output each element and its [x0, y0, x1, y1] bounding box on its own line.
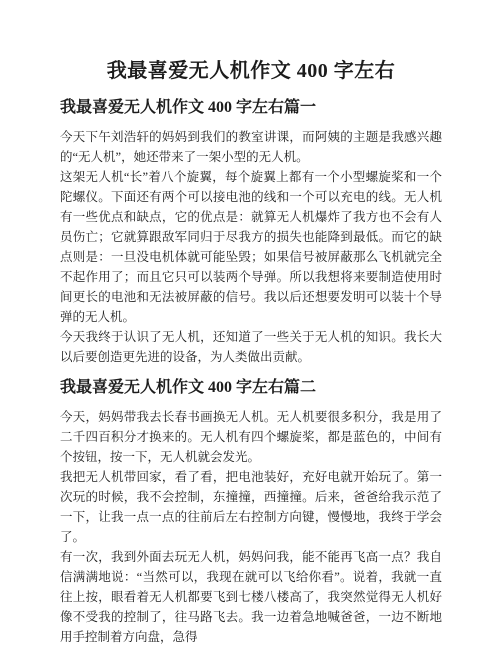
- essay-section-one: 我最喜爱无人机作文 400 字左右篇一 今天下午刘浩轩的妈妈到我们的教室讲课，而…: [60, 97, 442, 367]
- document-title: 我最喜爱无人机作文 400 字左右: [60, 58, 442, 84]
- document-page: 我最喜爱无人机作文 400 字左右 我最喜爱无人机作文 400 字左右篇一 今天…: [0, 0, 500, 647]
- essay-paragraph: 今天我终于认识了无人机，还知道了一些关于无人机的知识。我长大以后要创造更先进的设…: [60, 327, 442, 367]
- section-two-heading: 我最喜爱无人机作文 400 字左右篇二: [60, 377, 442, 398]
- essay-section-two: 我最喜爱无人机作文 400 字左右篇二 今天，妈妈带我去长春书画换无人机。无人机…: [60, 377, 442, 647]
- essay-paragraph: 今天，妈妈带我去长春书画换无人机。无人机要很多积分，我是用了二千四百积分才换来的…: [60, 407, 442, 467]
- essay-paragraph: 有一次，我到外面去玩无人机，妈妈问我，能不能再飞高一点？我自信满满地说：“当然可…: [60, 547, 442, 647]
- essay-paragraph: 这架无人机“长”着八个旋翼，每个旋翼上都有一个小型螺旋桨和一个陀螺仪。下面还有两…: [60, 167, 442, 327]
- essay-paragraph: 我把无人机带回家，看了看，把电池装好，充好电就开始玩了。第一次玩的时候，我不会控…: [60, 467, 442, 547]
- essay-paragraph: 今天下午刘浩轩的妈妈到我们的教室讲课，而阿姨的主题是我感兴趣的“无人机”，她还带…: [60, 127, 442, 167]
- section-one-heading: 我最喜爱无人机作文 400 字左右篇一: [60, 97, 442, 118]
